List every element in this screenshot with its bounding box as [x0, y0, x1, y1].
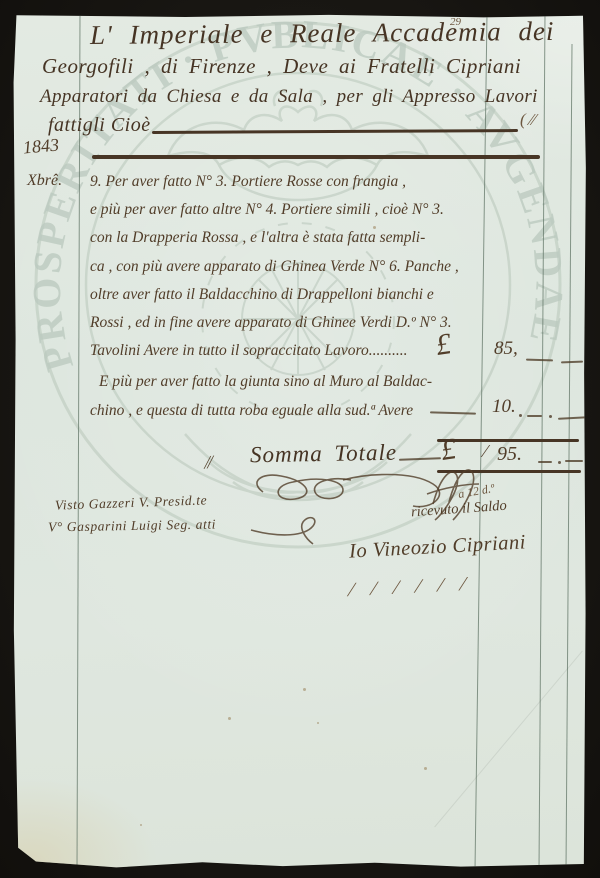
countersignature-secretary: V° Gasparini Luigi Seg. atti — [48, 517, 216, 536]
scanned-document-page: { "colors": { "paper": "#dfe7df", "ink":… — [0, 0, 600, 878]
signature-flourish-icon — [13, 14, 587, 870]
document-paper: PROSPERITATI · PVBLICAE · AVGENDAE L' Im… — [13, 14, 587, 870]
